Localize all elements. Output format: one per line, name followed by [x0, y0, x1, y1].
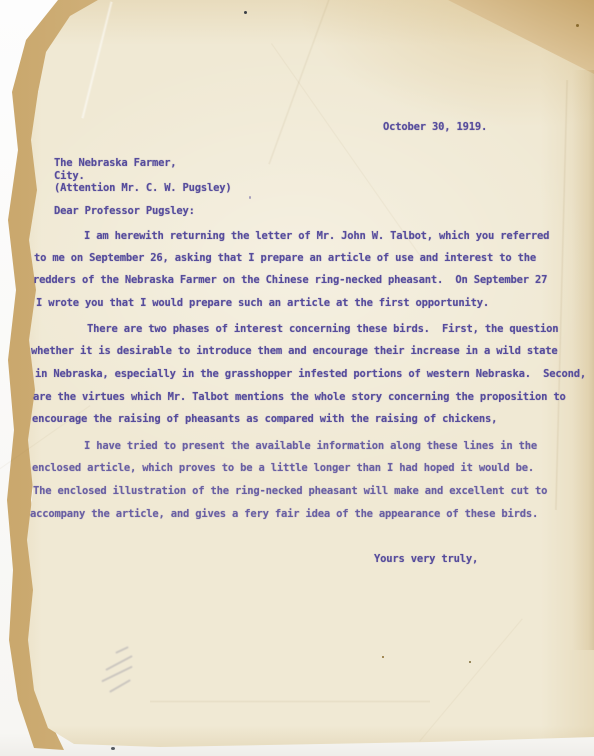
- closing-line: Yours very truly,: [374, 552, 478, 566]
- date-line: October 30, 1919.: [383, 120, 487, 134]
- body-line: enclosed article, which proves to be a l…: [32, 461, 534, 475]
- body-line: redders of the Nebraska Farmer on the Ch…: [33, 273, 547, 287]
- body-line: I have tried to present the available in…: [84, 439, 537, 453]
- body-line: to me on September 26, asking that I pre…: [34, 251, 536, 265]
- letter-text: October 30, 1919. The Nebraska Farmer, C…: [0, 0, 594, 756]
- recipient-line: (Attention Mr. C. W. Pugsley): [54, 181, 232, 195]
- body-line: accompany the article, and gives a fery …: [30, 507, 538, 521]
- body-line: encourage the raising of pheasants as co…: [32, 412, 497, 426]
- body-line: whether it is desirable to introduce the…: [31, 344, 557, 358]
- body-line: I am herewith returning the letter of Mr…: [84, 229, 549, 243]
- body-line: There are two phases of interest concern…: [87, 322, 558, 336]
- body-line: in Nebraska, especially in the grasshopp…: [35, 367, 586, 381]
- body-line: I wrote you that I would prepare such an…: [36, 296, 489, 310]
- salutation-line: Dear Professor Pugsley:: [54, 204, 195, 218]
- body-line: The enclosed illustration of the ring-ne…: [33, 484, 547, 498]
- recipient-line: The Nebraska Farmer,: [54, 156, 176, 170]
- body-line: are the virtues which Mr. Talbot mention…: [33, 390, 566, 404]
- scanned-letter-page: October 30, 1919. The Nebraska Farmer, C…: [0, 0, 594, 756]
